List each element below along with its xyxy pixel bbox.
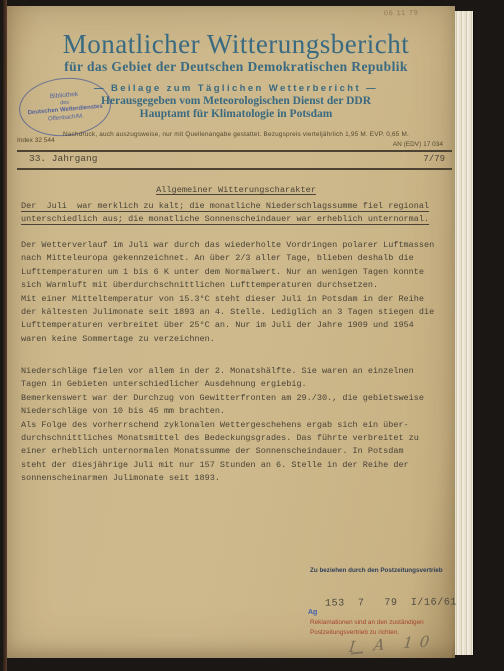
distribution-note: Zu beziehen durch den Postzeitungsvertri… (310, 567, 443, 574)
index-number: Index 32 544 (17, 137, 55, 144)
accession-date-stamp: 153 7 79 I/16/61 (325, 597, 457, 609)
ag-mark: Ag (308, 609, 317, 616)
an-edv-number: AN (EDV) 17 034 (393, 141, 443, 148)
reprint-notice: Nachdruck, auch auszugsweise, nur mit Qu… (21, 131, 451, 138)
body-paragraph-2: Niederschläge fielen vor allem in der 2.… (21, 365, 455, 486)
page-title: Monatlicher Witterungsbericht (21, 29, 451, 60)
section-heading: Allgemeiner Witterungscharakter (21, 185, 451, 195)
paper-sheet: 06 11 79 Monatlicher Witterungsbericht f… (7, 6, 455, 658)
volume-label: 33. Jahrgang (29, 153, 97, 164)
horizontal-rule-bottom (17, 168, 452, 170)
faint-date-stamp: 06 11 79 (384, 10, 419, 18)
book-fore-edge-pages (454, 11, 473, 655)
page-subtitle: für das Gebiet der Deutschen Demokratisc… (21, 59, 451, 75)
horizontal-rule-top (17, 150, 452, 152)
body-paragraph-1: Der Wetterverlauf im Juli war durch das … (21, 239, 455, 346)
scanned-document-page: 06 11 79 Monatlicher Witterungsbericht f… (0, 0, 504, 671)
issue-number: 7/79 (423, 154, 445, 164)
summary-paragraph: Der Juli war merklich zu kalt; die monat… (21, 200, 455, 227)
